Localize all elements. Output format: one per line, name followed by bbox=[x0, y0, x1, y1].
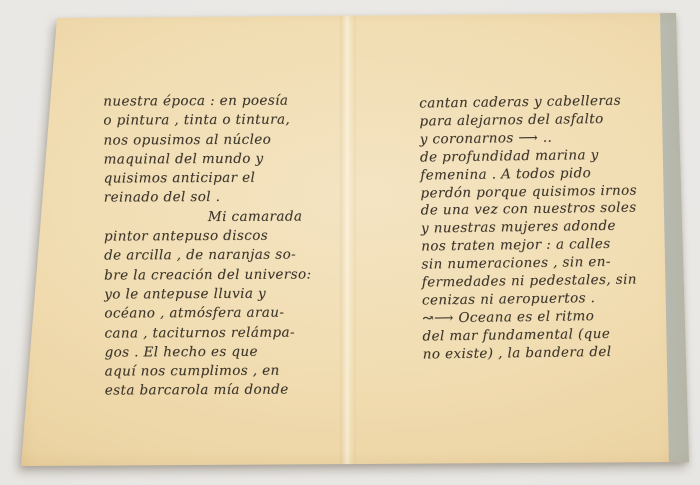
right-page: cantan caderas y cabelleras para alejarn… bbox=[419, 93, 639, 365]
manuscript-line: para alejarnos del asfalto bbox=[419, 110, 636, 131]
manuscript-sheet: nuestra época : en poesía o pintura , ti… bbox=[0, 0, 700, 485]
manuscript-line: nos opusimos al núcleo bbox=[103, 130, 310, 150]
manuscript-line: gos . El hecho es que bbox=[105, 342, 312, 362]
manuscript-line: maquinal del mundo y bbox=[103, 149, 310, 169]
manuscript-line: esta barcarola mía donde bbox=[105, 381, 312, 401]
center-fold bbox=[340, 0, 356, 485]
manuscript-line: yo le antepuse lluvia y bbox=[104, 284, 311, 304]
manuscript-line: o pintura , tinta o tintura, bbox=[103, 111, 310, 131]
manuscript-line: cana , taciturnos relámpa- bbox=[104, 323, 311, 343]
left-page: nuestra época : en poesía o pintura , ti… bbox=[103, 91, 312, 401]
manuscript-line: quisimos anticipar el bbox=[104, 169, 311, 189]
manuscript-line: Mi camarada bbox=[104, 207, 311, 227]
manuscript-line: nuestra época : en poesía bbox=[103, 91, 310, 111]
manuscript-line: no existe) , la bandera del bbox=[423, 343, 640, 364]
photograph-backdrop: nuestra época : en poesía o pintura , ti… bbox=[0, 0, 700, 485]
manuscript-line: fermedades ni pedestales, sin bbox=[422, 272, 639, 293]
manuscript-line: pintor antepuso discos bbox=[104, 227, 311, 247]
manuscript-line: bre la creación del universo: bbox=[104, 265, 311, 285]
manuscript-line: reinado del sol . bbox=[104, 188, 311, 208]
manuscript-line: de arcilla , de naranjas so- bbox=[104, 246, 311, 266]
sheet-shadow: nuestra época : en poesía o pintura , ti… bbox=[0, 0, 700, 485]
manuscript-line: océano , atmósfera arau- bbox=[104, 304, 311, 324]
manuscript-line: aquí nos cumplimos , en bbox=[105, 362, 312, 382]
